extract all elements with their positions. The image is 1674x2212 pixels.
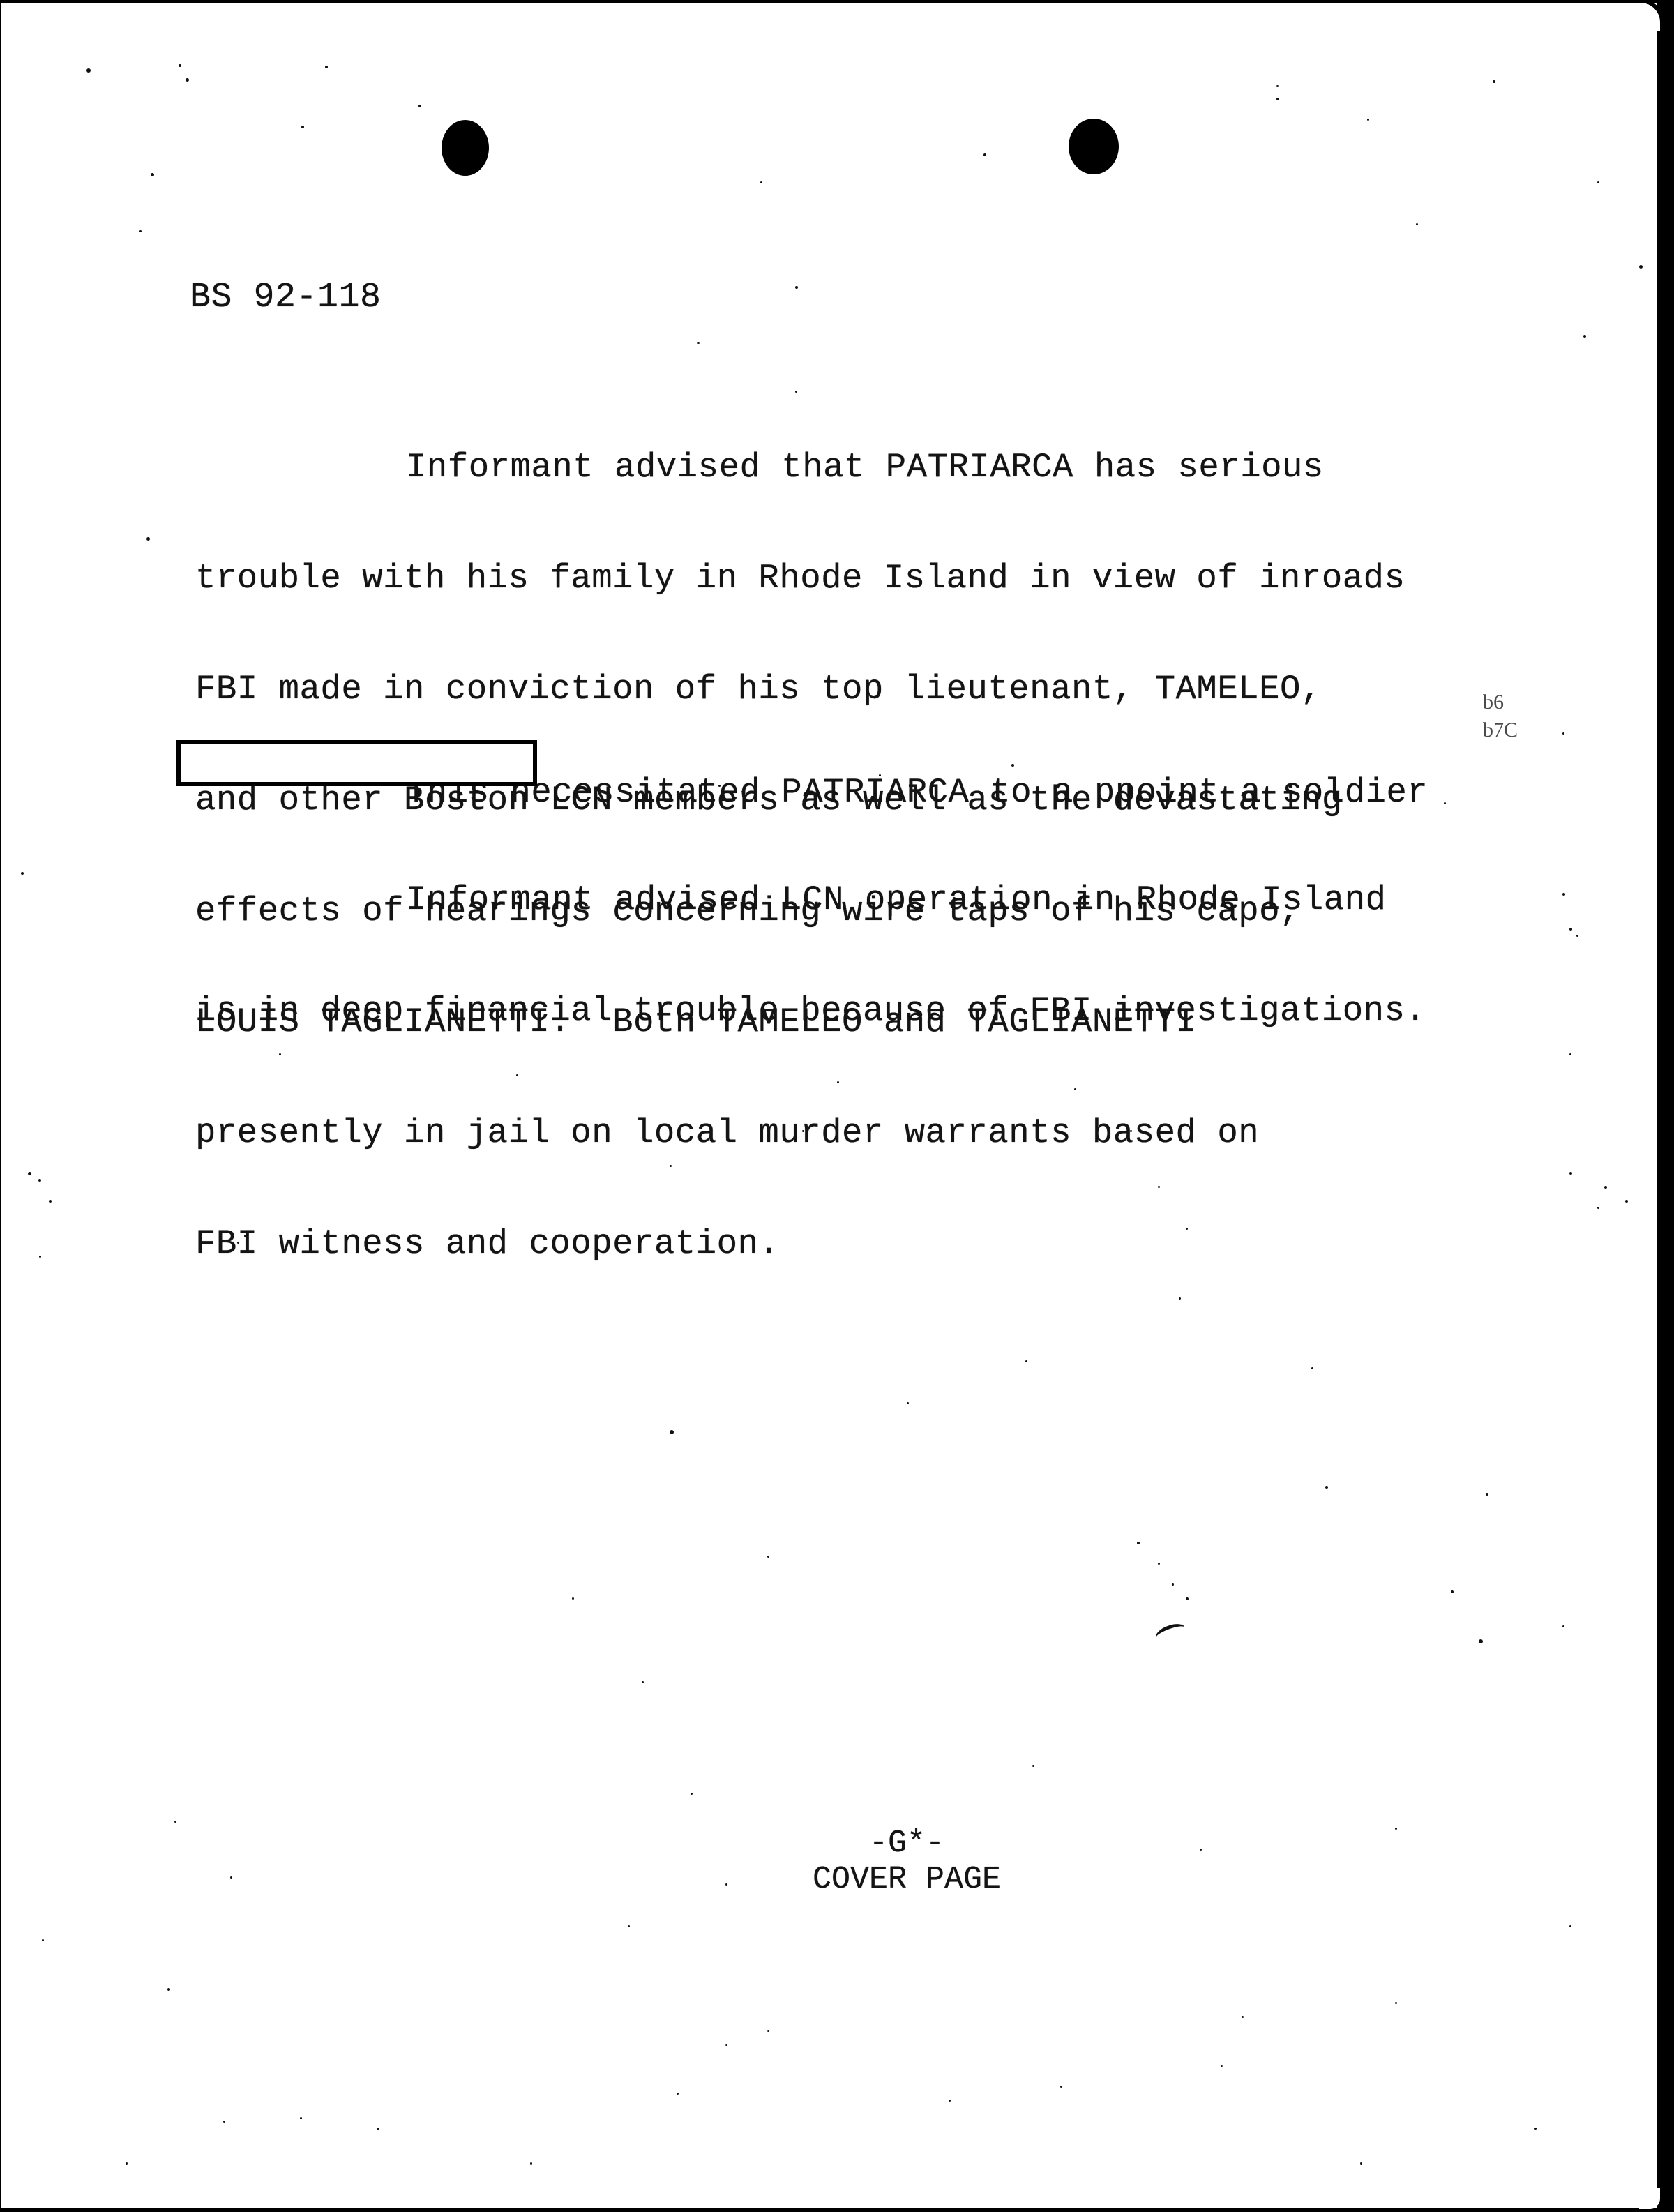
scan-speck [1360, 2162, 1362, 2165]
scan-speck [1562, 732, 1564, 735]
scan-speck [572, 1597, 574, 1600]
scan-speck [697, 342, 700, 344]
cover-page-label: COVER PAGE [767, 1863, 1046, 1897]
scan-speck [1569, 1925, 1571, 1927]
scan-speck [49, 1200, 52, 1203]
scan-speck [38, 1179, 41, 1182]
scan-speck [1395, 1828, 1397, 1830]
scan-speck [1597, 181, 1599, 183]
page-mark: -G*- [767, 1826, 1046, 1861]
scan-border-right [1657, 0, 1674, 2212]
page-corner-bottom-right [1639, 2188, 1660, 2209]
scan-artifact [1154, 1620, 1188, 1645]
file-number: BS 92-118 [190, 279, 382, 316]
document-page: BS 92-118 Informant advised that PATRIAR… [0, 0, 1674, 2212]
scan-speck [1451, 1590, 1454, 1593]
scan-speck [1639, 265, 1643, 269]
scan-speck [237, 1242, 239, 1244]
punch-hole-icon [442, 120, 489, 176]
scan-speck [1604, 1186, 1607, 1189]
scan-speck [21, 872, 24, 875]
scan-speck [179, 64, 181, 67]
scan-speck [167, 1988, 170, 1991]
scan-speck [1200, 1849, 1202, 1851]
scan-speck [244, 1235, 247, 1237]
scan-speck [1569, 1053, 1571, 1055]
scan-speck [879, 774, 881, 776]
scan-speck [1625, 1200, 1628, 1203]
scan-speck [767, 2030, 769, 2032]
scan-speck [837, 1081, 839, 1083]
scan-speck [670, 1165, 672, 1167]
scan-speck [1562, 893, 1565, 896]
punch-hole-icon [1069, 119, 1119, 174]
scan-speck [642, 1681, 644, 1683]
scan-speck [223, 2121, 225, 2123]
scan-speck [1576, 935, 1578, 937]
scan-speck [718, 785, 721, 787]
scan-speck [1060, 2086, 1062, 2088]
scan-speck [516, 1074, 518, 1076]
scan-border-left [0, 0, 1, 2212]
scan-speck [760, 181, 762, 183]
scan-speck [86, 68, 91, 73]
scan-speck [230, 1876, 232, 1879]
scan-speck [691, 1793, 693, 1795]
scan-speck [725, 1883, 727, 1886]
text-line: presently in jail on local murder warran… [195, 1115, 1405, 1152]
scan-speck [42, 1939, 44, 1941]
scan-speck [146, 537, 150, 541]
scan-speck [725, 2044, 727, 2046]
scan-speck [1583, 335, 1586, 338]
scan-speck [301, 126, 304, 128]
scan-speck [1032, 1765, 1034, 1767]
scan-speck [1158, 1186, 1160, 1188]
scan-speck [1186, 1597, 1189, 1600]
exemption-code: b6 [1483, 691, 1504, 714]
scan-speck [949, 2100, 951, 2102]
scan-speck [1179, 1297, 1181, 1300]
scan-speck [795, 391, 797, 393]
scan-speck [186, 78, 189, 82]
scan-speck [802, 1130, 804, 1132]
scan-speck [1025, 1360, 1027, 1362]
scan-speck [530, 2162, 532, 2165]
scan-speck [1137, 1542, 1140, 1544]
scan-speck [1444, 802, 1446, 804]
scan-speck [1562, 1625, 1564, 1627]
scan-speck [1311, 1367, 1313, 1369]
scan-speck [39, 1256, 41, 1258]
scan-speck [670, 1430, 674, 1434]
scan-speck [1597, 1207, 1599, 1209]
text-line: is in deep financial trouble because of … [195, 993, 1426, 1030]
scan-speck [1221, 2065, 1223, 2067]
scan-speck [1534, 2128, 1537, 2130]
exemption-code: b7C [1483, 718, 1518, 742]
text-line: trouble with his family in Rhode Island … [195, 560, 1405, 597]
scan-speck [1569, 1172, 1572, 1175]
paragraph-financial-trouble: Informant advised LCN operation in Rhode… [195, 808, 1426, 1104]
scan-speck [983, 153, 986, 156]
scan-speck [628, 1925, 630, 1927]
scan-speck [1276, 85, 1279, 87]
scan-speck [1186, 1228, 1188, 1230]
scan-speck [1416, 223, 1418, 225]
scan-speck [1276, 98, 1279, 100]
scan-speck [370, 1144, 372, 1146]
scan-border-top [0, 0, 1674, 3]
scan-speck [1325, 1486, 1328, 1489]
scan-speck [1395, 2002, 1397, 2004]
scan-speck [1493, 80, 1495, 83]
scan-speck [1172, 1583, 1174, 1586]
redaction-box [176, 740, 537, 786]
scan-speck [28, 1172, 31, 1175]
scan-speck [1569, 928, 1572, 931]
text-line: Informant advised that PATRIARCA has ser… [195, 449, 1405, 486]
scan-border-bottom [0, 2208, 1674, 2212]
scan-speck [1074, 1088, 1076, 1090]
scan-speck [1367, 119, 1369, 121]
scan-speck [1130, 1130, 1132, 1132]
scan-speck [300, 2117, 302, 2119]
scan-speck [126, 2162, 128, 2165]
scan-speck [325, 66, 328, 68]
scan-speck [677, 2093, 679, 2095]
scan-speck [767, 1556, 769, 1558]
scan-speck [1242, 2016, 1244, 2018]
scan-speck [1011, 764, 1014, 767]
scan-speck [279, 1053, 281, 1055]
text-line: Informant advised LCN operation in Rhode… [195, 882, 1426, 919]
scan-speck [139, 230, 142, 232]
scan-speck [1158, 1563, 1160, 1565]
scan-speck [907, 1402, 909, 1404]
scan-speck [1486, 1493, 1488, 1496]
scan-speck [377, 2128, 379, 2130]
scan-speck [795, 286, 798, 289]
page-corner-top-right [1632, 3, 1660, 31]
scan-speck [418, 105, 421, 107]
scan-speck [174, 1821, 176, 1823]
scan-speck [1479, 1639, 1483, 1643]
scan-speck [151, 173, 154, 176]
text-line: FBI witness and cooperation. [195, 1226, 1405, 1263]
